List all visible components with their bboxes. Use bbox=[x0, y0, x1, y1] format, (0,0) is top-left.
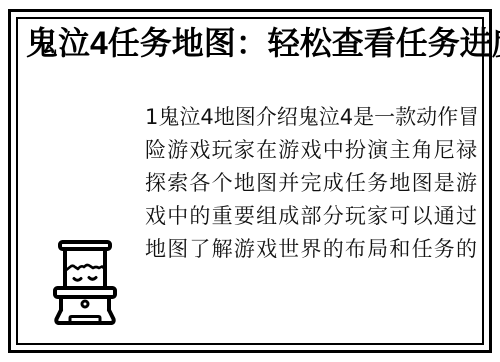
body-line-5: 地图了解游戏世界的布局和任务的 bbox=[145, 233, 477, 266]
body-line-2: 险游戏玩家在游戏中扮演主角尼禄 bbox=[145, 134, 477, 167]
body-line-4: 戏中的重要组成部分玩家可以通过 bbox=[145, 200, 477, 233]
body-line-3: 探索各个地图并完成任务地图是游 bbox=[145, 167, 477, 200]
knob-icon bbox=[82, 301, 88, 307]
article-title: 鬼泣4任务地图：轻松查看任务进度 bbox=[26, 24, 486, 62]
dispenser-cap bbox=[60, 242, 110, 249]
tank-mark-left bbox=[74, 279, 81, 281]
water-level-line bbox=[65, 265, 105, 271]
body-line-1: 1鬼泣4地图介绍鬼泣4是一款动作冒 bbox=[145, 101, 477, 134]
dispenser-middle-bar bbox=[55, 288, 115, 297]
article-card: 鬼泣4任务地图：轻松查看任务进度 1鬼泣4地图介绍鬼泣4是一款动作冒 险游戏玩家… bbox=[0, 0, 500, 362]
water-dispenser-icon bbox=[53, 240, 117, 327]
article-body: 1鬼泣4地图介绍鬼泣4是一款动作冒 险游戏玩家在游戏中扮演主角尼禄 探索各个地图… bbox=[145, 101, 477, 266]
tank-mark-right bbox=[89, 278, 96, 280]
